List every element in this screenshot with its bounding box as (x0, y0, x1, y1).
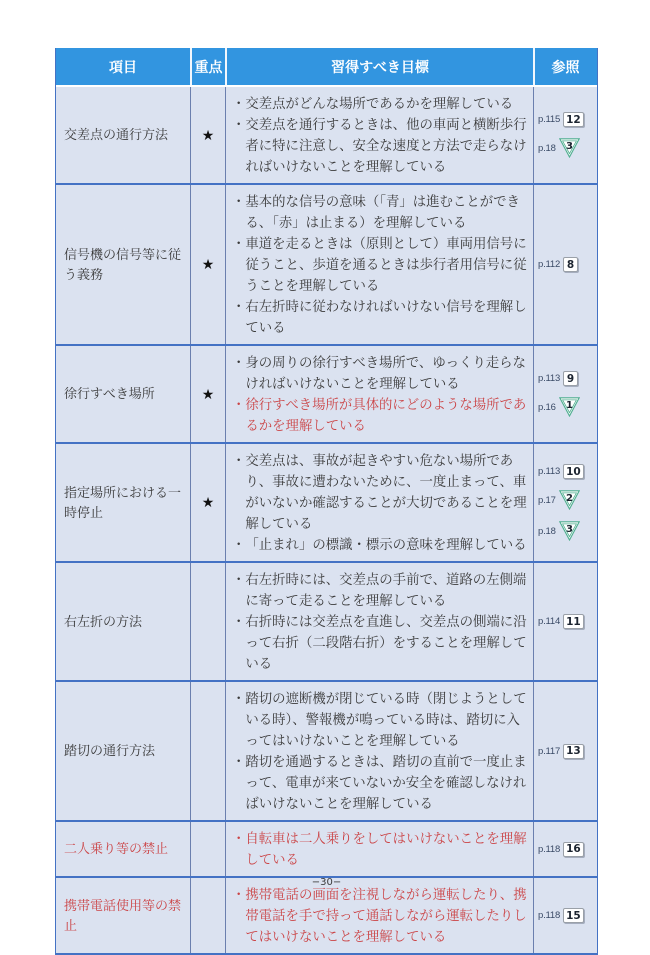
priority-cell: ★ (190, 87, 225, 183)
goal-text: 「止まれ」の標識・標示の意味を理解している (245, 534, 526, 555)
priority-cell (190, 878, 225, 953)
bullet-marker: ・ (232, 611, 245, 674)
item-label: 徐行すべき場所 (64, 384, 155, 404)
item-cell: 右左折の方法 (56, 563, 190, 680)
page-number: −30− (55, 877, 598, 888)
bullet-marker: ・ (232, 569, 245, 611)
reference-entry: p.11713 (538, 744, 595, 759)
reference-entry: p.11310 (538, 464, 595, 479)
item-cell: 指定場所における一時停止 (56, 444, 190, 561)
goal-text: 交差点を通行するときは、他の車両と横断歩行者に特に注意し、安全な速度と方法で走ら… (245, 114, 528, 177)
reference-page: p.115 (538, 114, 560, 125)
goal-text: 右左折時には、交差点の手前で、道路の左側端に寄って走ることを理解している (245, 569, 528, 611)
item-cell: 二人乗り等の禁止 (56, 822, 190, 876)
reference-cell: p.11816 (533, 822, 596, 876)
header-goal: 習得すべき目標 (225, 48, 533, 85)
bullet-marker: ・ (232, 534, 245, 555)
priority-cell (190, 822, 225, 876)
goal-text: 踏切の遮断機が閉じている時（閉じようとしている時）、警報機が鳴っている時は、踏切… (245, 688, 528, 751)
reference-cell: p.11310p.172p.183 (533, 444, 596, 561)
item-cell: 徐行すべき場所 (56, 346, 190, 442)
goal-cell: ・携帯電話の画面を注視しながら運転したり、携帯電話を手で持って通話しながら運転し… (225, 878, 533, 953)
reference-badge-square-icon: 11 (563, 614, 584, 629)
table-row: 指定場所における一時停止 ★ ・交差点は、事故が起きやすい危ない場所であり、事故… (56, 442, 597, 561)
reference-badge-triangle-icon: 3 (559, 521, 580, 541)
reference-page: p.112 (538, 259, 560, 270)
table-header-row: 項目 重点 習得すべき目標 参照 (56, 48, 597, 85)
bullet-marker: ・ (232, 884, 245, 947)
reference-badge-square-icon: 10 (563, 464, 584, 479)
table-row: 右左折の方法 ・右左折時には、交差点の手前で、道路の左側端に寄って走ることを理解… (56, 561, 597, 680)
reference-page: p.118 (538, 910, 560, 921)
item-label: 携帯電話使用等の禁止 (64, 896, 187, 936)
goal-bullet: ・右左折時に従わなければいけない信号を理解している (232, 296, 528, 338)
reference-page: p.114 (538, 616, 560, 627)
goal-bullet: ・携帯電話の画面を注視しながら運転したり、携帯電話を手で持って通話しながら運転し… (232, 884, 528, 947)
goal-bullet: ・徐行すべき場所が具体的にどのような場所であるかを理解している (232, 394, 528, 436)
goal-text: 交差点がどんな場所であるかを理解している (245, 93, 513, 114)
item-label: 二人乗り等の禁止 (64, 839, 168, 859)
bullet-marker: ・ (232, 450, 245, 534)
reference-entry: p.11411 (538, 614, 595, 629)
reference-badge-square-icon: 15 (563, 908, 584, 923)
bullet-marker: ・ (232, 93, 245, 114)
priority-cell: ★ (190, 346, 225, 442)
reference-badge-triangle-icon: 2 (559, 490, 580, 510)
goal-cell: ・基本的な信号の意味（「青」は進むことができる、「赤」は止まる）を理解している・… (225, 185, 533, 344)
item-cell: 信号機の信号等に従う義務 (56, 185, 190, 344)
reference-cell: p.1139p.161 (533, 346, 596, 442)
reference-page: p.113 (538, 373, 560, 384)
header-reference: 参照 (533, 48, 596, 85)
goal-text: 交差点は、事故が起きやすい危ない場所であり、事故に遭わないために、一度止まって、… (245, 450, 528, 534)
item-label: 右左折の方法 (64, 612, 142, 632)
svg-text:2: 2 (566, 493, 573, 504)
item-label: 踏切の通行方法 (64, 741, 155, 761)
goal-bullet: ・「止まれ」の標識・標示の意味を理解している (232, 534, 528, 555)
reference-page: p.16 (538, 402, 556, 413)
goal-bullet: ・右折時には交差点を直進し、交差点の側端に沿って右折（二段階右折）をすることを理… (232, 611, 528, 674)
goal-text: 右折時には交差点を直進し、交差点の側端に沿って右折（二段階右折）をすることを理解… (245, 611, 528, 674)
svg-text:3: 3 (566, 141, 573, 152)
reference-page: p.113 (538, 466, 560, 477)
reference-badge-triangle-icon: 3 (559, 138, 580, 158)
item-cell: 交差点の通行方法 (56, 87, 190, 183)
priority-cell (190, 563, 225, 680)
star-icon: ★ (202, 127, 215, 144)
item-label: 指定場所における一時停止 (64, 483, 187, 523)
goal-text: 踏切を通過するときは、踏切の直前で一度止まって、電車が来ていないか安全を確認しな… (245, 751, 528, 814)
star-icon: ★ (202, 256, 215, 273)
goal-bullet: ・踏切の遮断機が閉じている時（閉じようとしている時）、警報機が鳴っている時は、踏… (232, 688, 528, 751)
reference-badge-square-icon: 13 (563, 744, 584, 759)
goal-text: 右左折時に従わなければいけない信号を理解している (245, 296, 528, 338)
goal-cell: ・交差点は、事故が起きやすい危ない場所であり、事故に遭わないために、一度止まって… (225, 444, 533, 561)
goal-text: 自転車は二人乗りをしてはいけないことを理解している (245, 828, 528, 870)
reference-entry: p.1139 (538, 371, 595, 386)
goal-bullet: ・交差点を通行するときは、他の車両と横断歩行者に特に注意し、安全な速度と方法で走… (232, 114, 528, 177)
reference-cell: p.11411 (533, 563, 596, 680)
table-row: 踏切の通行方法 ・踏切の遮断機が閉じている時（閉じようとしている時）、警報機が鳴… (56, 680, 597, 820)
item-label: 交差点の通行方法 (64, 125, 168, 145)
reference-page: p.118 (538, 844, 560, 855)
goal-cell: ・踏切の遮断機が閉じている時（閉じようとしている時）、警報機が鳴っている時は、踏… (225, 682, 533, 820)
goal-bullet: ・自転車は二人乗りをしてはいけないことを理解している (232, 828, 528, 870)
priority-cell: ★ (190, 444, 225, 561)
reference-badge-square-icon: 9 (563, 371, 578, 386)
reference-page: p.17 (538, 495, 556, 506)
goal-bullet: ・踏切を通過するときは、踏切の直前で一度止まって、電車が来ていないか安全を確認し… (232, 751, 528, 814)
priority-cell (190, 682, 225, 820)
bullet-marker: ・ (232, 191, 245, 233)
goal-text: 身の周りの徐行すべき場所で、ゆっくり走らなければいけないことを理解している (245, 352, 528, 394)
bullet-marker: ・ (232, 114, 245, 177)
goal-bullet: ・基本的な信号の意味（「青」は進むことができる、「赤」は止まる）を理解している (232, 191, 528, 233)
learning-goals-table: 項目 重点 習得すべき目標 参照 交差点の通行方法 ★ ・交差点がどんな場所であ… (55, 48, 598, 955)
reference-entry: p.1128 (538, 257, 595, 272)
reference-entry: p.183 (538, 521, 595, 541)
bullet-marker: ・ (232, 352, 245, 394)
reference-entry: p.161 (538, 397, 595, 417)
reference-entry: p.183 (538, 138, 595, 158)
reference-cell: p.11512p.183 (533, 87, 596, 183)
reference-cell: p.1128 (533, 185, 596, 344)
header-priority: 重点 (190, 48, 225, 85)
table-row: 二人乗り等の禁止 ・自転車は二人乗りをしてはいけないことを理解している p.11… (56, 820, 597, 876)
reference-page: p.18 (538, 143, 556, 154)
reference-badge-square-icon: 16 (563, 842, 584, 857)
svg-text:3: 3 (566, 524, 573, 535)
reference-entry: p.11816 (538, 842, 595, 857)
reference-page: p.117 (538, 746, 560, 757)
table-body: 交差点の通行方法 ★ ・交差点がどんな場所であるかを理解している・交差点を通行す… (56, 85, 597, 953)
reference-entry: p.11512 (538, 112, 595, 127)
bullet-marker: ・ (232, 233, 245, 296)
table-row: 徐行すべき場所 ★ ・身の周りの徐行すべき場所で、ゆっくり走らなければいけないこ… (56, 344, 597, 442)
star-icon: ★ (202, 494, 215, 511)
goal-bullet: ・交差点は、事故が起きやすい危ない場所であり、事故に遭わないために、一度止まって… (232, 450, 528, 534)
goal-text: 徐行すべき場所が具体的にどのような場所であるかを理解している (245, 394, 528, 436)
reference-badge-triangle-icon: 1 (559, 397, 580, 417)
bullet-marker: ・ (232, 751, 245, 814)
goal-cell: ・右左折時には、交差点の手前で、道路の左側端に寄って走ることを理解している・右折… (225, 563, 533, 680)
priority-cell: ★ (190, 185, 225, 344)
goal-bullet: ・右左折時には、交差点の手前で、道路の左側端に寄って走ることを理解している (232, 569, 528, 611)
reference-cell: p.11713 (533, 682, 596, 820)
goal-text: 基本的な信号の意味（「青」は進むことができる、「赤」は止まる）を理解している (245, 191, 528, 233)
table-row: 交差点の通行方法 ★ ・交差点がどんな場所であるかを理解している・交差点を通行す… (56, 85, 597, 183)
bullet-marker: ・ (232, 828, 245, 870)
reference-entry: p.172 (538, 490, 595, 510)
reference-badge-square-icon: 8 (563, 257, 578, 272)
goal-cell: ・交差点がどんな場所であるかを理解している・交差点を通行するときは、他の車両と横… (225, 87, 533, 183)
goal-bullet: ・身の周りの徐行すべき場所で、ゆっくり走らなければいけないことを理解している (232, 352, 528, 394)
bullet-marker: ・ (232, 688, 245, 751)
reference-cell: p.11815 (533, 878, 596, 953)
svg-text:1: 1 (566, 400, 573, 411)
table-row: 信号機の信号等に従う義務 ★ ・基本的な信号の意味（「青」は進むことができる、「… (56, 183, 597, 344)
goal-text: 車道を走るときは（原則として）車両用信号に従うこと、歩道を通るときは歩行者用信号… (245, 233, 528, 296)
goal-cell: ・身の周りの徐行すべき場所で、ゆっくり走らなければいけないことを理解している・徐… (225, 346, 533, 442)
reference-page: p.18 (538, 526, 556, 537)
goal-text: 携帯電話の画面を注視しながら運転したり、携帯電話を手で持って通話しながら運転した… (245, 884, 528, 947)
item-cell: 携帯電話使用等の禁止 (56, 878, 190, 953)
reference-entry: p.11815 (538, 908, 595, 923)
goal-bullet: ・車道を走るときは（原則として）車両用信号に従うこと、歩道を通るときは歩行者用信… (232, 233, 528, 296)
bullet-marker: ・ (232, 296, 245, 338)
goal-bullet: ・交差点がどんな場所であるかを理解している (232, 93, 528, 114)
header-item: 項目 (56, 48, 190, 85)
item-label: 信号機の信号等に従う義務 (64, 245, 187, 285)
reference-badge-square-icon: 12 (563, 112, 584, 127)
bullet-marker: ・ (232, 394, 245, 436)
goal-cell: ・自転車は二人乗りをしてはいけないことを理解している (225, 822, 533, 876)
star-icon: ★ (202, 386, 215, 403)
item-cell: 踏切の通行方法 (56, 682, 190, 820)
